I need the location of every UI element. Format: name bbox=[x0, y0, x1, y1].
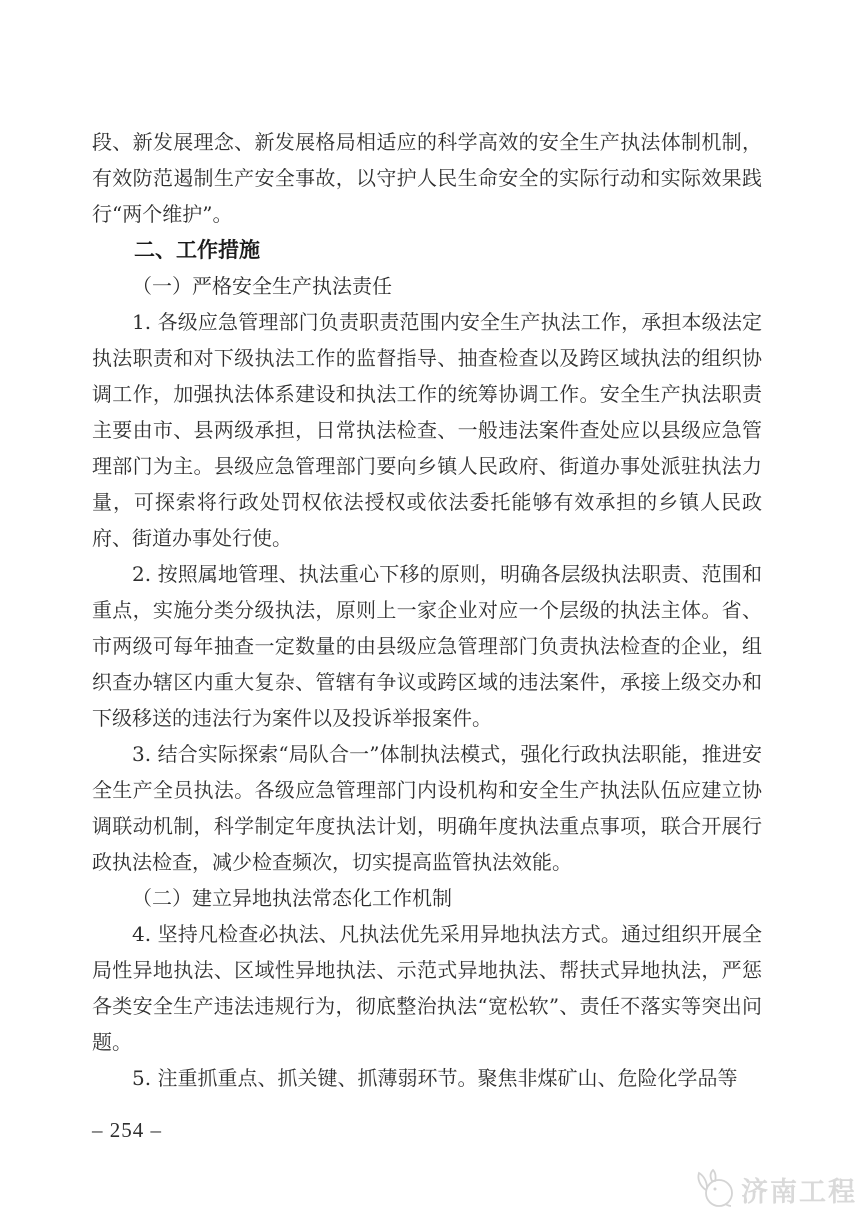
paragraph: 1. 各级应急管理部门负责职责范围内安全生产执法工作，承担本级法定执法职责和对下… bbox=[92, 304, 762, 556]
jinan-gongcheng-logo-icon bbox=[692, 1168, 738, 1210]
paragraph: 5. 注重抓重点、抓关键、抓薄弱环节。聚焦非煤矿山、危险化学品等 bbox=[92, 1060, 762, 1096]
subsection-heading: （一）严格安全生产执法责任 bbox=[92, 268, 762, 304]
page-number: – 254 – bbox=[92, 1118, 162, 1143]
document-page: 段、新发展理念、新发展格局相适应的科学高效的安全生产执法体制机制，有效防范遏制生… bbox=[0, 0, 856, 1225]
watermark-label: 济南工程 bbox=[741, 1170, 856, 1209]
paragraph: 段、新发展理念、新发展格局相适应的科学高效的安全生产执法体制机制，有效防范遏制生… bbox=[92, 124, 762, 232]
watermark: 济南工程 bbox=[692, 1168, 856, 1210]
section-heading: 二、工作措施 bbox=[92, 232, 762, 268]
document-body: 段、新发展理念、新发展格局相适应的科学高效的安全生产执法体制机制，有效防范遏制生… bbox=[92, 124, 762, 1096]
subsection-heading: （二）建立异地执法常态化工作机制 bbox=[92, 880, 762, 916]
paragraph: 4. 坚持凡检查必执法、凡执法优先采用异地执法方式。通过组织开展全局性异地执法、… bbox=[92, 916, 762, 1060]
paragraph: 3. 结合实际探索“局队合一”体制执法模式，强化行政执法职能，推进安全生产全员执… bbox=[92, 736, 762, 880]
paragraph: 2. 按照属地管理、执法重心下移的原则，明确各层级执法职责、范围和重点，实施分类… bbox=[92, 556, 762, 736]
